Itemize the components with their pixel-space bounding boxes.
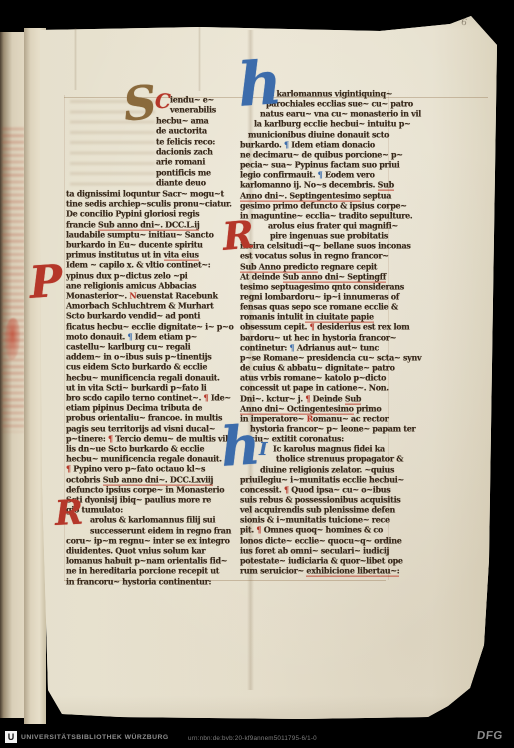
manuscript-text-line: de auctorita — [156, 125, 207, 136]
manuscript-text-line: continetur: ¶ Adrianus aut~ tunc — [240, 342, 379, 353]
manuscript-text-line: moto donauit. ¶ Idem etiam p~ — [66, 331, 197, 342]
manuscript-text-line: regni lombardoru~ ip~i innumeras of — [240, 291, 399, 302]
manuscript-text-line: suis rebus & possessionibus acquisitis — [240, 494, 401, 505]
manuscript-text-line: defuncto ipsius corpe~ in Monasterio — [66, 484, 224, 495]
initial-h-top-icon: h — [236, 53, 284, 116]
manuscript-text-line: te felicis reco: — [156, 136, 215, 147]
manuscript-text-line: pagis seu territorijs ad visni ducal~ — [66, 423, 215, 434]
manuscript-text-line: municionibus diuine donauit scto — [248, 129, 389, 140]
manuscript-text-line: diuidentes. Quot vnius solum kar — [66, 545, 205, 556]
manuscript-text-line: burkardo in Eu~ ducente spiritu — [66, 239, 203, 250]
manuscript-text-line: tesimo septuagesimo qnto considerans — [240, 281, 404, 292]
manuscript-text-line: ta dignissimi loquntur Sacr~ mogu~t — [66, 188, 224, 199]
initial-R-right-icon: R — [221, 215, 256, 256]
manuscript-text-line: dacionis zach — [156, 146, 213, 157]
manuscript-text-line: obsessum cepit. ¶ desiderius est rex lom — [240, 321, 409, 332]
digitized-manuscript-scan: 6 iendu~ e~venerabilishecbu~ amade aucto… — [0, 0, 514, 748]
manuscript-text-line: octobris Sub anno dni~. DCC.Lxviij — [66, 474, 213, 485]
manuscript-text-line: est vocatus solus in regno francor~ — [240, 250, 389, 261]
initial-h-lower-icon: h — [219, 417, 262, 474]
manuscript-text-line: concessit ut pape in catione~. Non. — [240, 382, 389, 393]
margin-bleed-rubric-text — [2, 128, 25, 432]
manuscript-text-line: ane religionis amicus Abbacias — [66, 280, 196, 291]
manuscript-text-line: venerabilis — [170, 104, 216, 115]
manuscript-text-line: concessit. ¶ Quod ipsa~ cu~ o~ibus — [240, 484, 390, 495]
colored-mark: N — [129, 290, 136, 301]
manuscript-text-line: Ic karlomannus vigintiquinq~ — [266, 88, 392, 99]
manuscript-text-line: Scto burkardo vendid~ ad ponti — [66, 310, 200, 321]
manuscript-text-line: hecbu~ ama — [156, 115, 209, 126]
manuscript-text-line: arie romani — [156, 156, 205, 167]
manuscript-text-line: hecbu~ munificencia regali donauit. — [66, 372, 220, 383]
colored-mark: ¶ — [204, 392, 209, 403]
manuscript-text-line: At deinde Sub anno dni~ Septingff — [240, 271, 386, 282]
manuscript-text-line: in imperatore~ Romanu~ ac rector — [240, 413, 389, 424]
manuscript-text-line: ypinus dux p~dictus zelo ~pi — [66, 270, 188, 281]
colored-mark: ¶ — [290, 342, 295, 353]
manuscript-text-line: Sub Anno predicto regnare cepit — [240, 261, 377, 272]
colored-mark: ¶ — [66, 463, 71, 474]
colored-mark: ¶ — [256, 524, 261, 535]
manuscript-text-line: lis dn~ue Scto burkardo & ecclie — [66, 443, 204, 454]
manuscript-text-line: successerunt eidem in regno fran — [90, 525, 231, 536]
adjacent-leaf-edge — [0, 32, 27, 718]
manuscript-text-line: arolus & karlomannus filij sui — [90, 514, 215, 525]
dfg-logo: DFG — [476, 730, 503, 742]
colored-mark: ¶ — [310, 321, 315, 332]
colored-mark: ¶ — [108, 433, 113, 444]
rubricated-underline: exhibicione libertau~: — [306, 565, 399, 577]
manuscript-text-line: in maguntine~ ecclia~ tradito sepulture. — [240, 210, 412, 221]
manuscript-text-line: rum seruicior~ exhibicione libertau~: — [240, 565, 399, 576]
manuscript-text-line: De concilio Pypini gloriosi regis — [66, 208, 199, 219]
manuscript-text-line: Dni~. kctur~ j. ¶ Deinde Sub — [240, 393, 361, 404]
manuscript-text-line: ius foret ab omni~ seculari~ iudicij — [240, 545, 389, 556]
library-name-label: UNIVERSITÄTSBIBLIOTHEK WÜRZBURG — [21, 734, 169, 741]
manuscript-text-line: cus eidem Scto burkardo & ecclie — [66, 361, 207, 372]
manuscript-text-line: Anno dni~. Septingentesimo septua — [240, 190, 391, 201]
urn-label: urn:nbn:de:bvb:20-kf9annem5011795-6/1-0 — [188, 735, 317, 742]
manuscript-text-line: ne decimaru~ de quibus porcione~ p~ — [240, 149, 403, 160]
manuscript-text-line: in francoru~ hystoria continentur: — [66, 576, 211, 587]
manuscript-text-line: castellu~ karlburg cu~ regali — [66, 341, 190, 352]
manuscript-text-line: tholice strenuus propagator & — [276, 453, 403, 464]
manuscript-text-line: Monasterior~. Neuenstat Racebunk — [66, 290, 218, 301]
manuscript-text-line: Scti dyonisij ibiq~ paulius more re — [66, 494, 211, 505]
manuscript-text-line: ut in vita Scti~ burkardi p~fato li — [66, 382, 206, 393]
manuscript-text-line: laudabile sumptu~ initiau~ Sancto — [66, 229, 214, 240]
manuscript-text-line: francie Sub anno dni~. DCC.L.ij — [66, 219, 199, 230]
manuscript-text-line: potestate~ iudiciaria & quor~libet ope — [240, 555, 403, 566]
initial-P-icon: P — [28, 260, 64, 306]
manuscript-text-line: ficatus hecbu~ ecclie dignitate~ i~ p~o — [66, 321, 234, 332]
manuscript-text-line: pit. ¶ Omnes quoq~ homines & co — [240, 524, 383, 535]
manuscript-text-line: p~tinere: ¶ Tercio demu~ de multis vil — [66, 433, 228, 444]
manuscript-text-line: bardoru~ ut hec in hystoria francor~ — [240, 332, 396, 343]
manuscript-text-line: coru~ ip~m regnu~ inter se ex integro — [66, 535, 230, 546]
manuscript-text-line: priuilegiu~ i~munitatis ecclie hecbui~ — [240, 474, 404, 485]
manuscript-text-line: gesimo primo defuncto & ipsius corpe~ — [240, 200, 407, 211]
manuscript-text-line: karlomanno ij. No~s decembris. Sub — [240, 179, 394, 190]
manuscript-text-line: hystoria francor~ p~ leone~ papam ter — [250, 423, 415, 434]
manuscript-text-line: probus orientaliu~ francoe. in multis — [66, 412, 222, 423]
colored-mark: ¶ — [284, 139, 289, 150]
initial-S-icon: S — [121, 79, 159, 128]
manuscript-text-line: p~se Romane~ presidencia cu~ scta~ synv — [240, 352, 421, 363]
initial-I-icon: I — [259, 441, 267, 459]
library-logo: U — [5, 731, 17, 743]
parchment-crease — [198, 27, 201, 91]
initial-R-left-icon: R — [54, 496, 84, 531]
manuscript-text-line: ¶ Pypino vero p~fato octauo kl~s — [66, 463, 205, 474]
parchment-crease — [74, 28, 77, 90]
colored-mark: ¶ — [284, 484, 289, 495]
manuscript-text-line: lonos dicte~ ecclie~ quocu~q~ ordine — [240, 535, 402, 546]
manuscript-text-line: burkardo. ¶ Idem etiam donacio — [240, 139, 375, 150]
manuscript-text-line: arolus eius frater qui magnifi~ — [268, 220, 398, 231]
colored-mark: R — [307, 413, 313, 424]
colored-mark: ¶ — [305, 393, 310, 404]
manuscript-text-line: la karlburg ecclie hecbui~ intuitu p~ — [254, 118, 410, 129]
manuscript-text-line: diante deuo — [156, 177, 206, 188]
manuscript-text-line: bro scdo capilo terno continet~. ¶ Ide~ — [66, 392, 231, 403]
colored-mark: ¶ — [127, 331, 132, 342]
manuscript-text-line: pontificis me — [156, 167, 211, 178]
manuscript-text-line: Anno dni~ Octingentesimo primo — [240, 403, 381, 414]
manuscript-text-line: Idem ~ capilo x. & vltio continet~: — [66, 259, 210, 270]
manuscript-text-line: ne in hereditaria porcione recepit ut — [66, 565, 219, 576]
initial-C-icon: C — [155, 91, 171, 111]
manuscript-text-line: diuine religionis zelator. ~quius — [260, 464, 394, 475]
manuscript-text-line: iendu~ e~ — [170, 94, 214, 105]
